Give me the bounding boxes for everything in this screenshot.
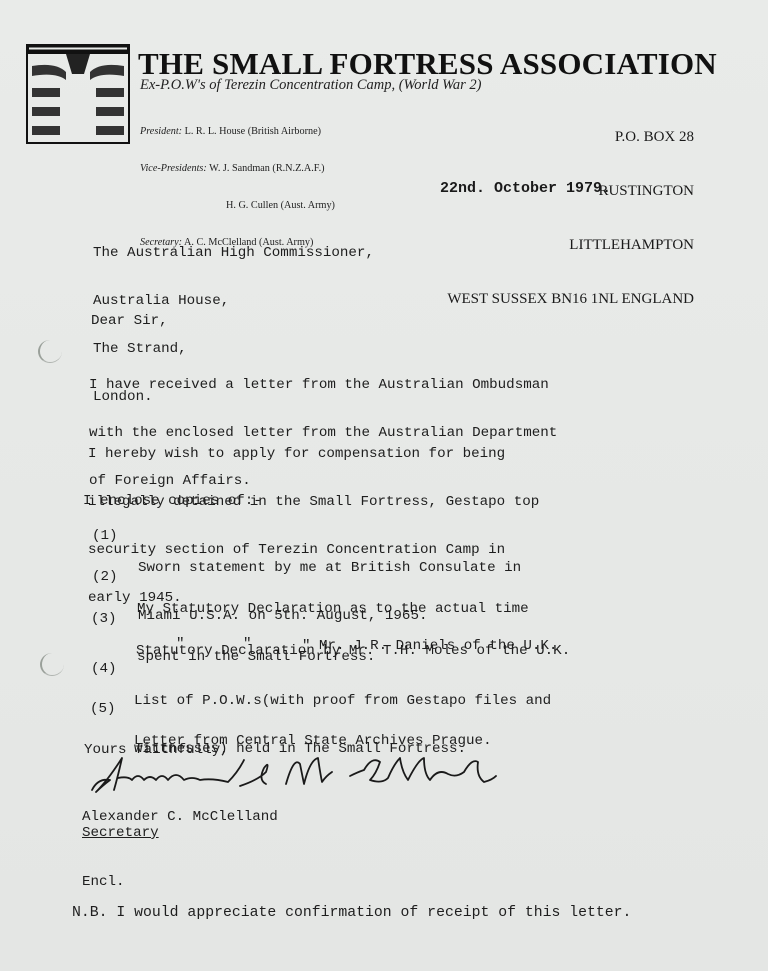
enclosure-intro: I enclose copies of:-	[83, 493, 262, 509]
letter-date: 22nd. October 1979.	[440, 180, 611, 197]
ditto-mark: "	[176, 636, 185, 652]
officer-vice-president: H. G. Cullen (Aust. Army)	[140, 200, 335, 212]
enclosure-note: Encl.	[82, 874, 125, 890]
salutation: Dear Sir,	[91, 313, 168, 329]
officer-vice-president: Vice-Presidents: W. J. Sandman (R.N.Z.A.…	[140, 163, 335, 175]
officer-president: President: L. R. L. House (British Airbo…	[140, 126, 335, 138]
signer-name: Alexander C. McClelland	[82, 809, 278, 825]
handwritten-signature-icon	[88, 750, 518, 800]
nota-bene: N.B. I would appreciate confirmation of …	[72, 905, 631, 921]
letter-page: THE SMALL FORTRESS ASSOCIATION Ex-P.O.W'…	[0, 0, 768, 971]
signer-title: Secretary	[82, 825, 159, 841]
fortress-gate-logo-icon	[26, 44, 130, 144]
ditto-mark: "	[243, 636, 252, 652]
organization-subtitle: Ex-P.O.W's of Terezin Concentration Camp…	[140, 77, 481, 94]
ditto-line: " Mr. J.R. Daniels of the U.K.	[302, 638, 557, 654]
punch-hole-mark	[40, 653, 64, 676]
postal-address: P.O. BOX 28 RUSTINGTON LITTLEHAMPTON WES…	[447, 92, 694, 344]
punch-hole-mark	[38, 340, 62, 363]
